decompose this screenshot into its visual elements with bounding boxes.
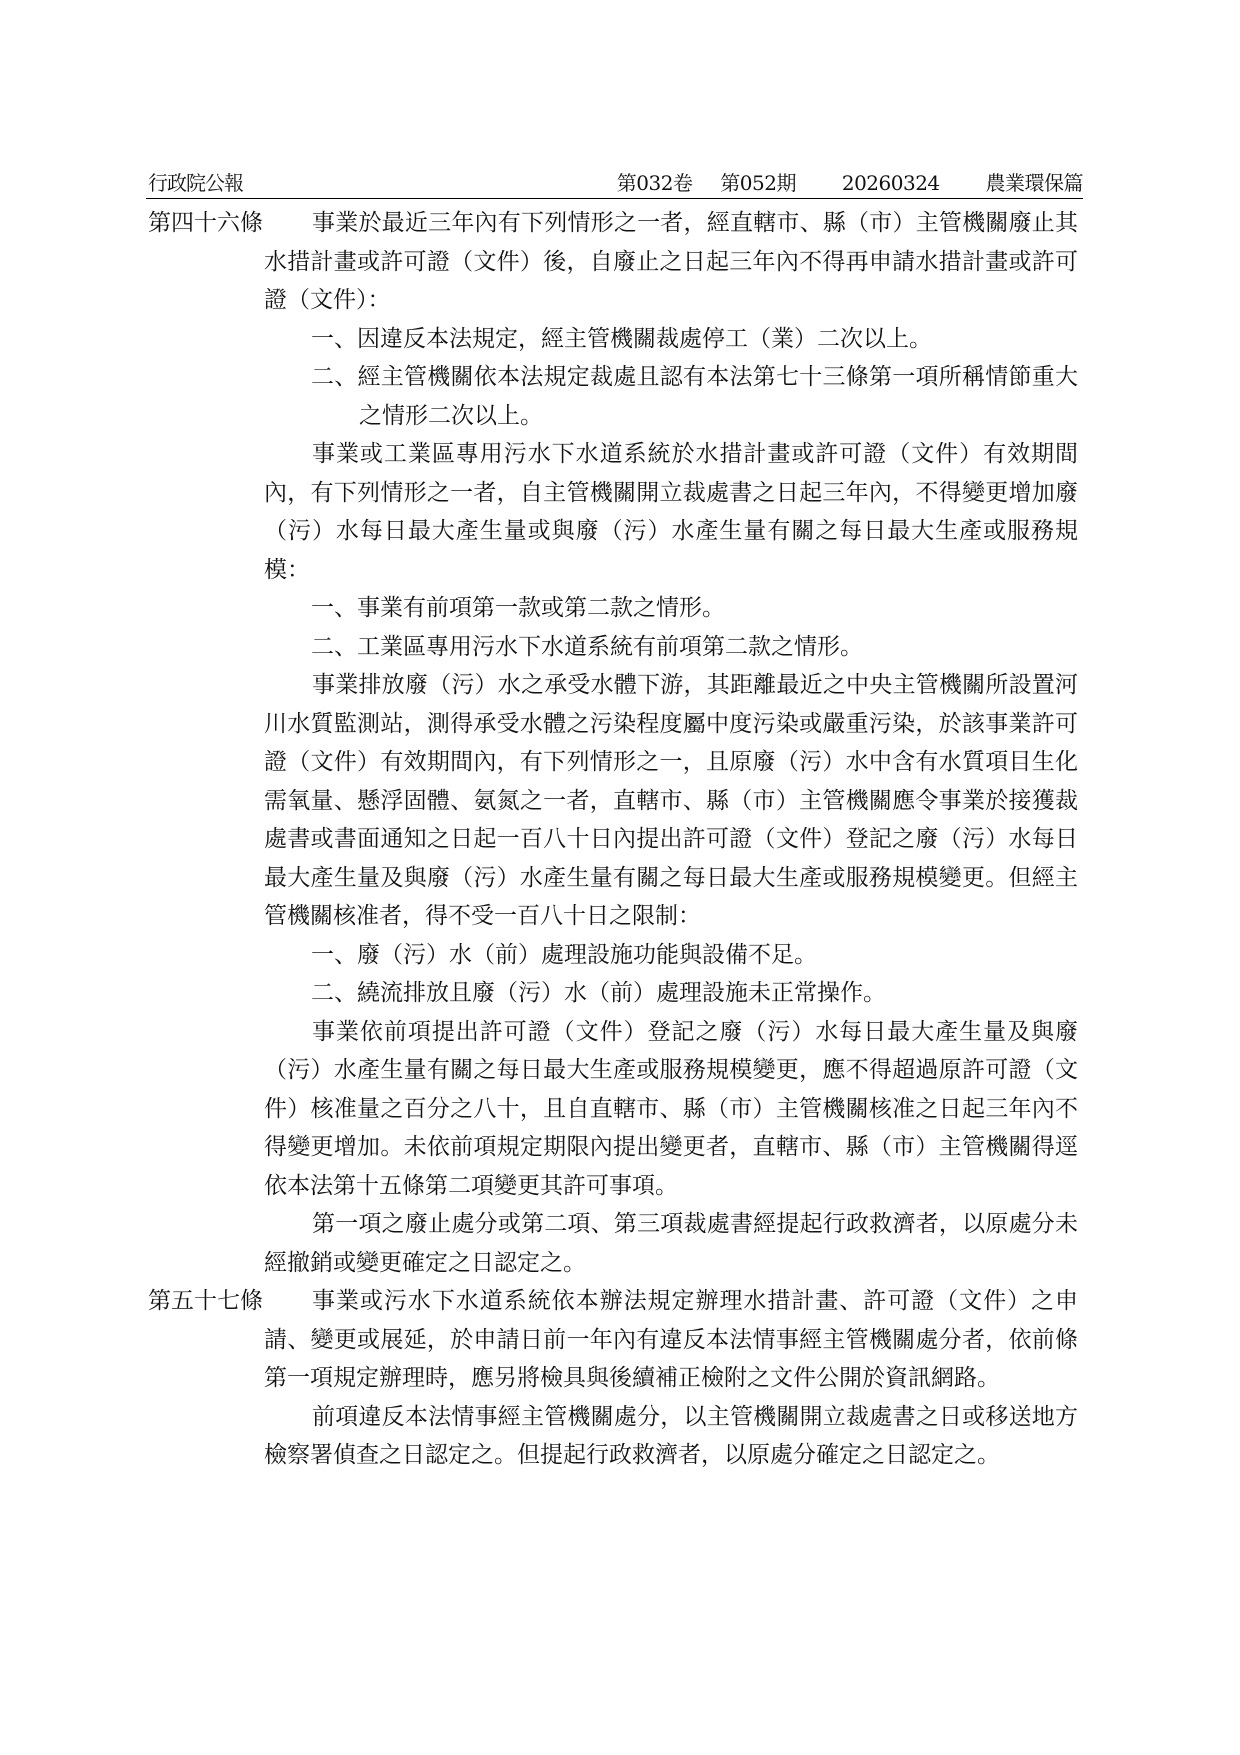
paragraph: 事業排放廢（污）水之承受水體下游，其距離最近之中央主管機關所設置河川水質監測站，… [264, 666, 1078, 936]
article-label: 第五十七條 [148, 1282, 263, 1321]
paragraph: 前項違反本法情事經主管機關處分，以主管機關開立裁處書之日或移送地方檢察署偵查之日… [264, 1398, 1078, 1475]
page-header: 行政院公報 第032卷 第052期 20260324 農業環保篇 [146, 168, 1083, 199]
article-46: 第四十六條 事業於最近三年內有下列情形之一者，經直轄市、縣（市）主管機關廢止其水… [146, 204, 1078, 1282]
publication-date: 20260324 [842, 171, 940, 195]
list-item: 一、因違反本法規定，經主管機關裁處停工（業）二次以上。 [311, 320, 1078, 359]
paragraph: 事業於最近三年內有下列情形之一者，經直轄市、縣（市）主管機關廢止其水措計畫或許可… [264, 204, 1078, 320]
paragraph: 事業依前項提出許可證（文件）登記之廢（污）水每日最大產生量及與廢（污）水產生量有… [264, 1013, 1078, 1206]
list-item: 二、工業區專用污水下水道系統有前項第二款之情形。 [311, 628, 1078, 667]
paragraph: 第一項之廢止處分或第二項、第三項裁處書經提起行政救濟者，以原處分未經撤銷或變更確… [264, 1205, 1078, 1282]
article-57: 第五十七條 事業或污水下水道系統依本辦法規定辦理水措計畫、許可證（文件）之申請、… [146, 1282, 1078, 1475]
issue-info: 第032卷 第052期 20260324 農業環保篇 [617, 168, 1083, 198]
issue-number: 第052期 [720, 171, 796, 195]
publication-title: 行政院公報 [148, 168, 243, 198]
volume-number: 第032卷 [617, 171, 693, 195]
document-body: 第四十六條 事業於最近三年內有下列情形之一者，經直轄市、縣（市）主管機關廢止其水… [146, 204, 1078, 1475]
section-name: 農業環保篇 [986, 171, 1084, 195]
list-item: 一、廢（污）水（前）處理設施功能與設備不足。 [311, 936, 1078, 975]
list-item: 一、事業有前項第一款或第二款之情形。 [311, 589, 1078, 628]
paragraph: 事業或污水下水道系統依本辦法規定辦理水措計畫、許可證（文件）之申請、變更或展延，… [264, 1282, 1078, 1398]
paragraph: 事業或工業區專用污水下水道系統於水措計畫或許可證（文件）有效期間內，有下列情形之… [264, 435, 1078, 589]
list-item: 二、經主管機關依本法規定裁處且認有本法第七十三條第一項所稱情節重大之情形二次以上… [311, 358, 1078, 435]
article-label: 第四十六條 [148, 204, 263, 243]
list-item: 二、繞流排放且廢（污）水（前）處理設施未正常操作。 [311, 974, 1078, 1013]
